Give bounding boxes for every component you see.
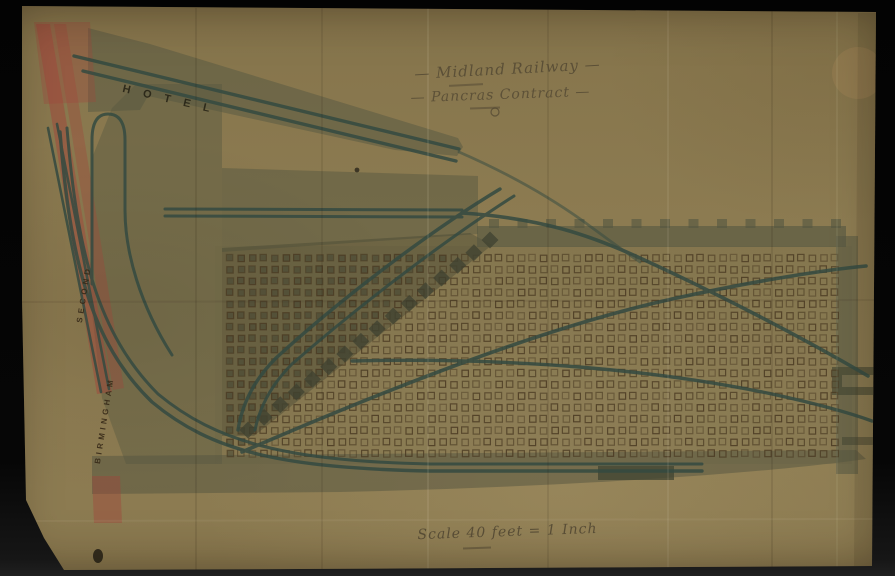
round-stain: [832, 47, 884, 99]
mid-horizontal-track-b: [165, 216, 462, 217]
south-platform-bar: [598, 466, 674, 480]
north-boundary-wall: [477, 226, 846, 247]
mid-horizontal-track-a: [165, 209, 462, 210]
photograph-of-drawing: — Midland Railway — — Pancras Contract —…: [0, 0, 895, 576]
ink-speck: [355, 168, 360, 173]
crease-line: [22, 519, 876, 521]
red-patch-bottom: [92, 476, 122, 523]
ink-blot: [93, 549, 103, 563]
drawing-paper-sheet: — Midland Railway — — Pancras Contract —…: [0, 0, 895, 576]
title-flourish-circle: [491, 108, 499, 116]
